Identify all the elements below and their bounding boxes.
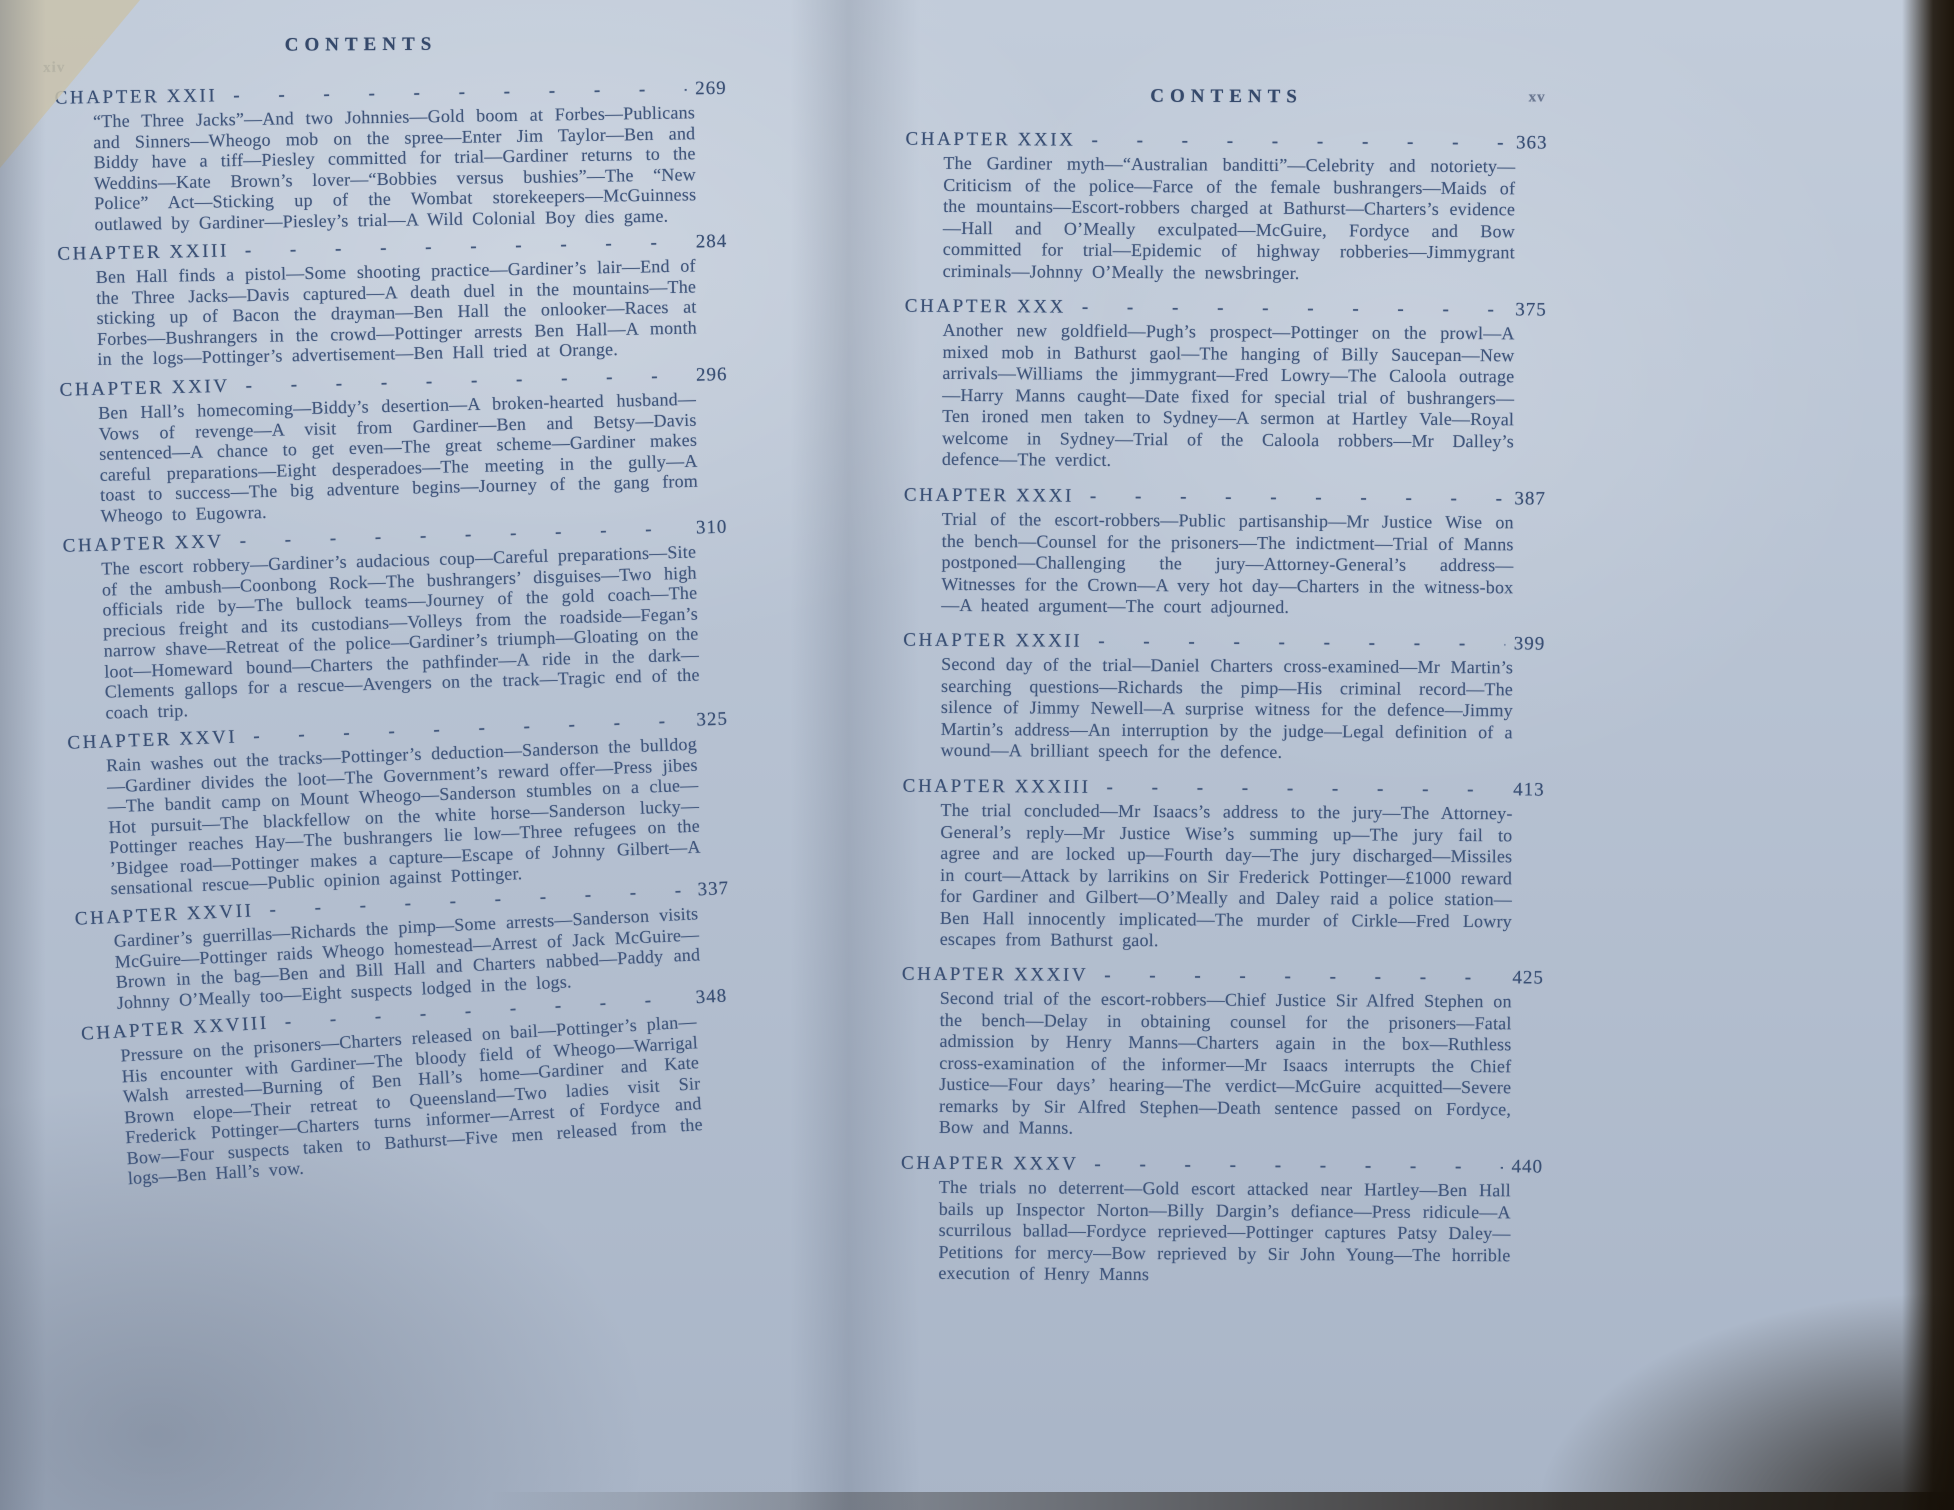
toc-chapter-entry: CHAPTER XXVIII - - - - - - - - - - - - -…: [81, 985, 737, 1191]
chapter-summary: “The Three Jacks”—And two Johnnies—Gold …: [93, 102, 697, 234]
photo-right-edge: [1902, 0, 1954, 1510]
toc-chapter-entry: CHAPTER XXIII - - - - - - - - - - - - - …: [57, 231, 729, 370]
chapter-title: CHAPTER XXXI: [904, 484, 1074, 507]
chapter-summary: Ben Hall’s homecoming—Biddy’s desertion—…: [98, 388, 699, 525]
chapter-heading-row: CHAPTER XXXI - - - - - - - - - - - - - -…: [904, 484, 1546, 510]
left-page: xiv CONTENTS CHAPTER XXII - - - - - - - …: [55, 28, 733, 1200]
dash-leader: - - - - - - - - - - - - - - - -: [1091, 776, 1505, 801]
chapter-summary: Second day of the trial—Daniel Charters …: [941, 654, 1514, 765]
chapter-page-number: 399: [1505, 633, 1545, 655]
toc-chapter-entry: CHAPTER XXXII - - - - - - - - - - - - - …: [903, 630, 1546, 765]
chapter-page-number: 284: [687, 231, 727, 254]
chapter-summary: The escort robbery—Gardiner’s audacious …: [101, 541, 700, 722]
right-page: xv CONTENTS CHAPTER XXIX - - - - - - - -…: [900, 79, 1547, 1301]
dash-leader: - - - - - - - - - - - - - - - -: [1088, 965, 1504, 990]
right-chapter-list: CHAPTER XXIX - - - - - - - - - - - - - -…: [900, 129, 1547, 1287]
toc-chapter-entry: CHAPTER XXXIV - - - - - - - - - - - - - …: [901, 964, 1544, 1142]
chapter-heading-row: CHAPTER XXX - - - - - - - - - - - - - - …: [905, 296, 1547, 322]
chapter-title: CHAPTER XXX: [905, 296, 1066, 319]
dash-leader: - - - - - - - - - - - - - - - -: [1078, 1153, 1503, 1178]
dash-leader: - - - - - - - - - - - - - - - -: [1082, 631, 1505, 656]
chapter-page-number: 310: [687, 516, 728, 539]
chapter-title: CHAPTER XXXIII: [903, 775, 1091, 798]
chapter-summary: Ben Hall finds a pistol—Some shooting pr…: [96, 256, 698, 370]
photo-left-edge-shade: [0, 0, 46, 1510]
chapter-page-number: 296: [687, 364, 728, 387]
chapter-title: CHAPTER XXVI: [67, 726, 238, 754]
chapter-page-number: 337: [689, 878, 730, 902]
chapter-page-number: 269: [686, 78, 726, 101]
chapter-page-number: 375: [1507, 299, 1547, 321]
chapter-title: CHAPTER XXIX: [905, 129, 1075, 152]
chapter-page-number: 440: [1503, 1156, 1543, 1178]
right-contents-header: CONTENTS: [906, 85, 1548, 110]
chapter-summary: The Gardiner myth—“Australian banditti”—…: [943, 153, 1516, 285]
left-contents-header: CONTENTS: [55, 33, 667, 58]
chapter-title: CHAPTER XXXIV: [902, 964, 1088, 987]
chapter-summary: Another new goldfield—Pugh’s prospect—Po…: [942, 320, 1515, 474]
toc-chapter-entry: CHAPTER XXVI - - - - - - - - - - - - - -…: [67, 708, 734, 900]
chapter-page-number: 425: [1504, 967, 1544, 989]
toc-chapter-entry: CHAPTER XXII - - - - - - - - - - - - - -…: [55, 78, 729, 235]
chapter-title: CHAPTER XXXV: [901, 1152, 1079, 1175]
chapter-title: CHAPTER XXXII: [903, 630, 1082, 653]
chapter-page-number: 387: [1506, 488, 1546, 510]
toc-chapter-entry: CHAPTER XXXIII - - - - - - - - - - - - -…: [902, 775, 1545, 953]
chapter-summary: Rain washes out the tracks—Pottinger’s d…: [106, 733, 702, 898]
toc-chapter-entry: CHAPTER XXXI - - - - - - - - - - - - - -…: [903, 484, 1546, 619]
chapter-heading-row: CHAPTER XXXIV - - - - - - - - - - - - - …: [902, 964, 1544, 990]
dash-leader: - - - - - - - - - - - - - - - -: [1066, 297, 1507, 322]
toc-chapter-entry: CHAPTER XXIX - - - - - - - - - - - - - -…: [905, 129, 1548, 286]
chapter-title: CHAPTER XXV: [62, 531, 224, 558]
dash-leader: - - - - - - - - - - - - - - - -: [1074, 485, 1506, 510]
chapter-title: CHAPTER XXII: [55, 85, 218, 109]
left-chapter-list: CHAPTER XXII - - - - - - - - - - - - - -…: [55, 84, 733, 1191]
chapter-heading-row: CHAPTER XXIX - - - - - - - - - - - - - -…: [905, 129, 1547, 155]
chapter-title: CHAPTER XXIII: [57, 240, 229, 265]
book-photo: xiv CONTENTS CHAPTER XXII - - - - - - - …: [0, 0, 1954, 1510]
toc-chapter-entry: CHAPTER XXV - - - - - - - - - - - - - - …: [62, 516, 732, 723]
dash-leader: - - - - - - - - - - - - - - - -: [1075, 130, 1507, 155]
chapter-summary: Second trial of the escort-robbers—Chief…: [939, 988, 1512, 1142]
chapter-title: CHAPTER XXIV: [59, 375, 229, 401]
toc-chapter-entry: CHAPTER XXX - - - - - - - - - - - - - - …: [904, 296, 1547, 474]
chapter-heading-row: CHAPTER XXXII - - - - - - - - - - - - - …: [903, 630, 1545, 656]
chapter-heading-row: CHAPTER XXXIII - - - - - - - - - - - - -…: [903, 775, 1545, 801]
right-folio: xv: [1529, 89, 1546, 106]
chapter-page-number: 348: [687, 985, 728, 1009]
chapter-summary: The trials no deterrent—Gold escort atta…: [938, 1176, 1511, 1287]
toc-chapter-entry: CHAPTER XXXV - - - - - - - - - - - - - -…: [900, 1152, 1543, 1287]
chapter-page-number: 363: [1507, 132, 1547, 154]
book-gutter-shadow: [790, 0, 920, 1510]
chapter-heading-row: CHAPTER XXXV - - - - - - - - - - - - - -…: [901, 1152, 1543, 1178]
photo-corner-shadow: [1534, 1290, 1954, 1510]
toc-chapter-entry: CHAPTER XXIV - - - - - - - - - - - - - -…: [59, 364, 730, 527]
chapter-summary: Trial of the escort-robbers—Public parti…: [941, 508, 1514, 619]
chapter-summary: The trial concluded—Mr Isaacs’s address …: [940, 799, 1513, 953]
chapter-page-number: 325: [688, 708, 729, 731]
chapter-page-number: 413: [1505, 779, 1545, 801]
